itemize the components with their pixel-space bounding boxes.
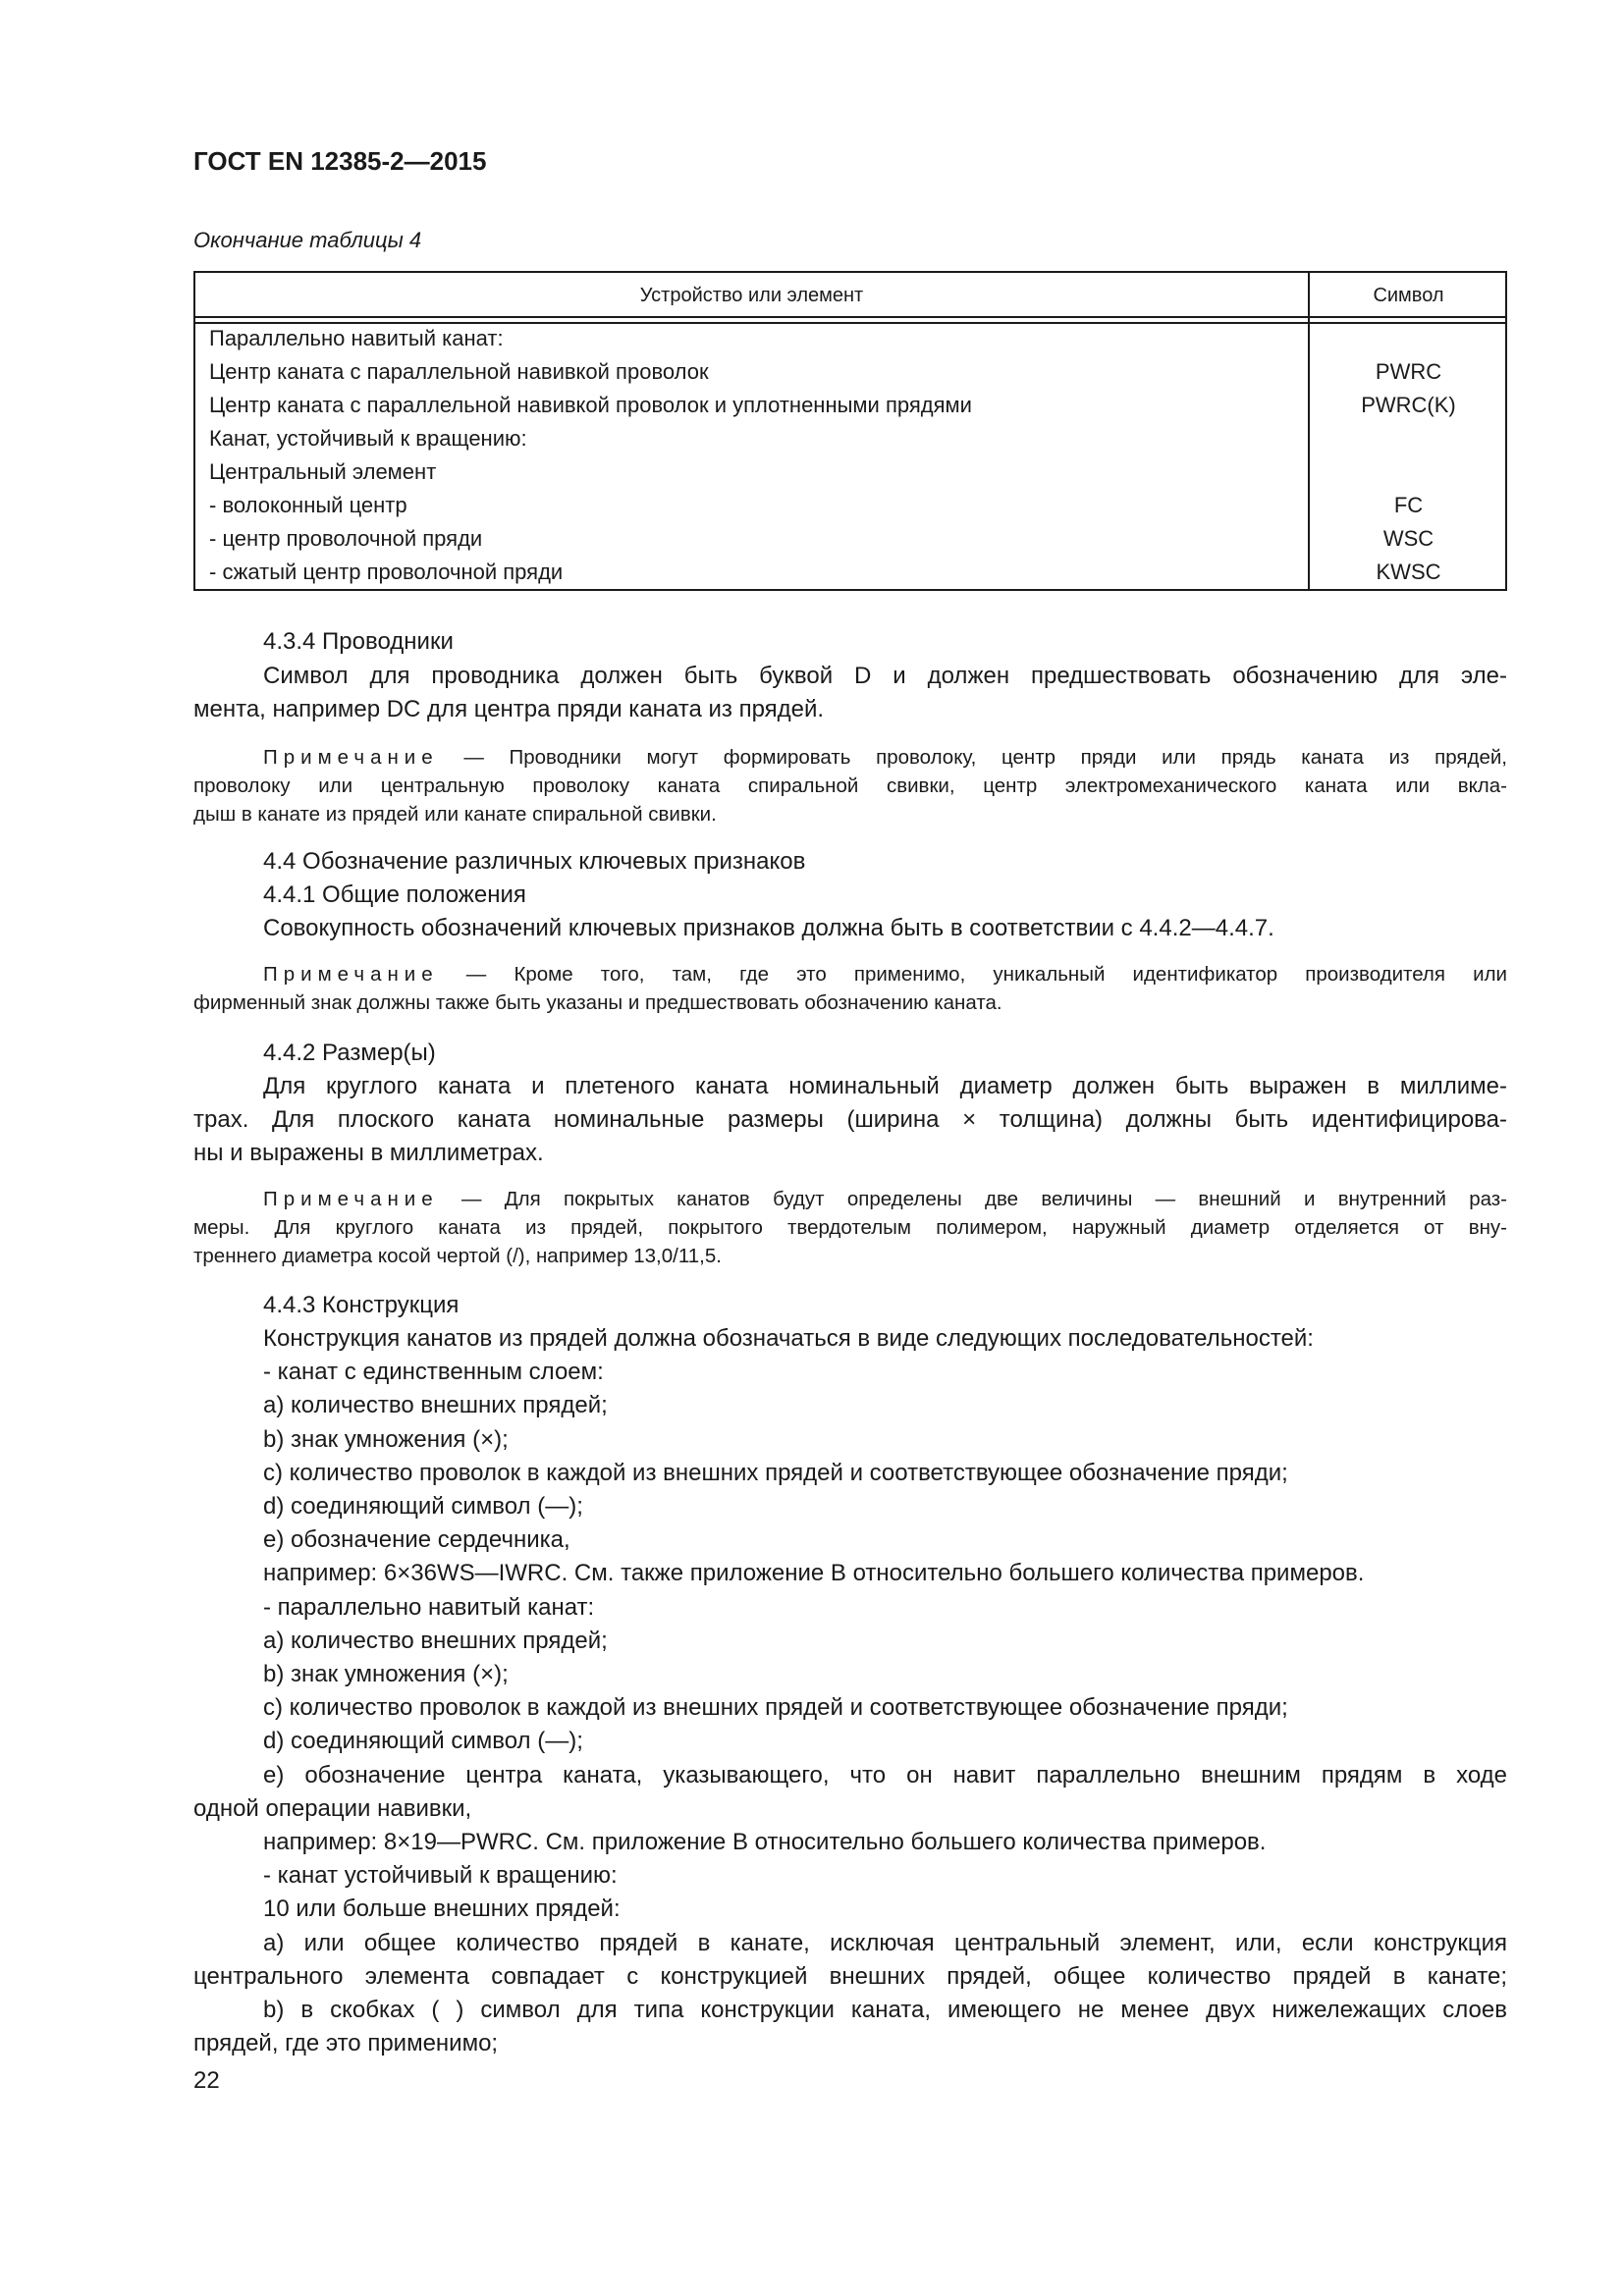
- construction-line: прядей, где это применимо;: [193, 2030, 498, 2057]
- document-id: ГОСТ EN 12385-2—2015: [193, 146, 486, 177]
- note-label: Примечание: [263, 746, 439, 769]
- table-cell-element: - сжатый центр проволочной пряди: [209, 560, 563, 585]
- note-line: фирменный знак должны также быть указаны…: [193, 991, 1002, 1015]
- paragraph-line: трах. Для плоского каната номинальные ра…: [193, 1106, 1507, 1134]
- table-4: Устройство или элемент Символ Параллельн…: [193, 271, 1507, 591]
- table-caption: Окончание таблицы 4: [193, 228, 421, 253]
- construction-line: - канат с единственным слоем:: [263, 1359, 604, 1386]
- note-text: Проводники могут формировать проволоку, …: [510, 746, 1508, 769]
- table-cell-symbol: WSC: [1310, 526, 1507, 552]
- note-label: Примечание: [263, 963, 439, 986]
- note-text: Кроме того, там, где это применимо, уник…: [514, 963, 1507, 986]
- construction-line: Конструкция канатов из прядей должна обо…: [263, 1325, 1314, 1353]
- paragraph-line: мента, например DC для центра пряди кана…: [193, 696, 824, 723]
- note-line: дыш в канате из прядей или канате спирал…: [193, 803, 717, 827]
- table-cell-symbol: FC: [1310, 493, 1507, 518]
- table-cell-element: Центр каната с параллельной навивкой про…: [209, 393, 972, 418]
- note-line: проволоку или центральную проволоку кана…: [193, 774, 1507, 798]
- paragraph-line: Для круглого каната и плетеного каната н…: [263, 1073, 1507, 1100]
- construction-line: a) или общее количество прядей в канате,…: [263, 1930, 1507, 1957]
- section-heading-4-3-4: 4.3.4 Проводники: [263, 628, 454, 656]
- construction-line: a) количество внешних прядей;: [263, 1392, 608, 1419]
- paragraph-line: ны и выражены в миллиметрах.: [193, 1140, 544, 1167]
- construction-line: a) количество внешних прядей;: [263, 1628, 608, 1655]
- header-rule: [195, 316, 1505, 318]
- construction-line: e) обозначение центра каната, указывающе…: [263, 1762, 1507, 1789]
- section-heading-4-4-3: 4.4.3 Конструкция: [263, 1292, 459, 1319]
- construction-line: c) количество проволок в каждой из внешн…: [263, 1694, 1288, 1722]
- construction-line: - параллельно навитый канат:: [263, 1594, 594, 1622]
- table-cell-symbol: PWRC(K): [1310, 393, 1507, 418]
- construction-line: b) знак умножения (×);: [263, 1661, 509, 1688]
- construction-line: c) количество проволок в каждой из внешн…: [263, 1460, 1288, 1487]
- note-label: Примечание: [263, 1188, 439, 1210]
- construction-line: - канат устойчивый к вращению:: [263, 1862, 618, 1890]
- table-cell-symbol: KWSC: [1310, 560, 1507, 585]
- construction-line: d) соединяющий символ (—);: [263, 1728, 583, 1755]
- construction-line: например: 6×36WS—IWRC. См. также приложе…: [263, 1560, 1364, 1587]
- header-rule: [195, 322, 1505, 324]
- paragraph-line: Символ для проводника должен быть буквой…: [263, 663, 1507, 690]
- table-cell-element: Канат, устойчивый к вращению:: [209, 426, 527, 452]
- note-line: треннего диаметра косой чертой (/), напр…: [193, 1245, 722, 1268]
- note-1: Примечание — Проводники могут формироват…: [263, 746, 1507, 770]
- construction-line: b) в скобках ( ) символ для типа констру…: [263, 1997, 1507, 2024]
- paragraph-line: Совокупность обозначений ключевых призна…: [263, 915, 1274, 942]
- section-heading-4-4-2: 4.4.2 Размер(ы): [263, 1040, 436, 1067]
- note-2: Примечание — Кроме того, там, где это пр…: [263, 963, 1507, 987]
- note-dash: —: [466, 963, 487, 986]
- table-cell-element: - волоконный центр: [209, 493, 407, 518]
- table-cell-symbol: PWRC: [1310, 359, 1507, 385]
- construction-line: d) соединяющий символ (—);: [263, 1493, 583, 1521]
- note-line: меры. Для круглого каната из прядей, пок…: [193, 1216, 1507, 1240]
- note-dash: —: [463, 746, 484, 769]
- construction-line: 10 или больше внешних прядей:: [263, 1896, 621, 1923]
- page-number: 22: [193, 2067, 220, 2095]
- construction-line: например: 8×19—PWRC. См. приложение В от…: [263, 1829, 1266, 1856]
- section-heading-4-4-1: 4.4.1 Общие положения: [263, 881, 526, 909]
- construction-line: центрального элемента совпадает с констр…: [193, 1963, 1507, 1991]
- construction-line: одной операции навивки,: [193, 1795, 471, 1823]
- construction-line: e) обозначение сердечника,: [263, 1526, 570, 1554]
- note-text: Для покрытых канатов будут определены дв…: [505, 1188, 1507, 1210]
- table-cell-element: Центр каната с параллельной навивкой про…: [209, 359, 709, 385]
- section-heading-4-4: 4.4 Обозначение различных ключевых призн…: [263, 848, 805, 876]
- table-cell-element: - центр проволочной пряди: [209, 526, 482, 552]
- column-header-symbol: Символ: [1310, 285, 1507, 307]
- table-cell-element: Параллельно навитый канат:: [209, 326, 504, 351]
- note-dash: —: [461, 1188, 482, 1210]
- column-header-element: Устройство или элемент: [195, 285, 1308, 307]
- note-3: Примечание — Для покрытых канатов будут …: [263, 1188, 1507, 1211]
- table-cell-element: Центральный элемент: [209, 459, 436, 485]
- construction-line: b) знак умножения (×);: [263, 1426, 509, 1454]
